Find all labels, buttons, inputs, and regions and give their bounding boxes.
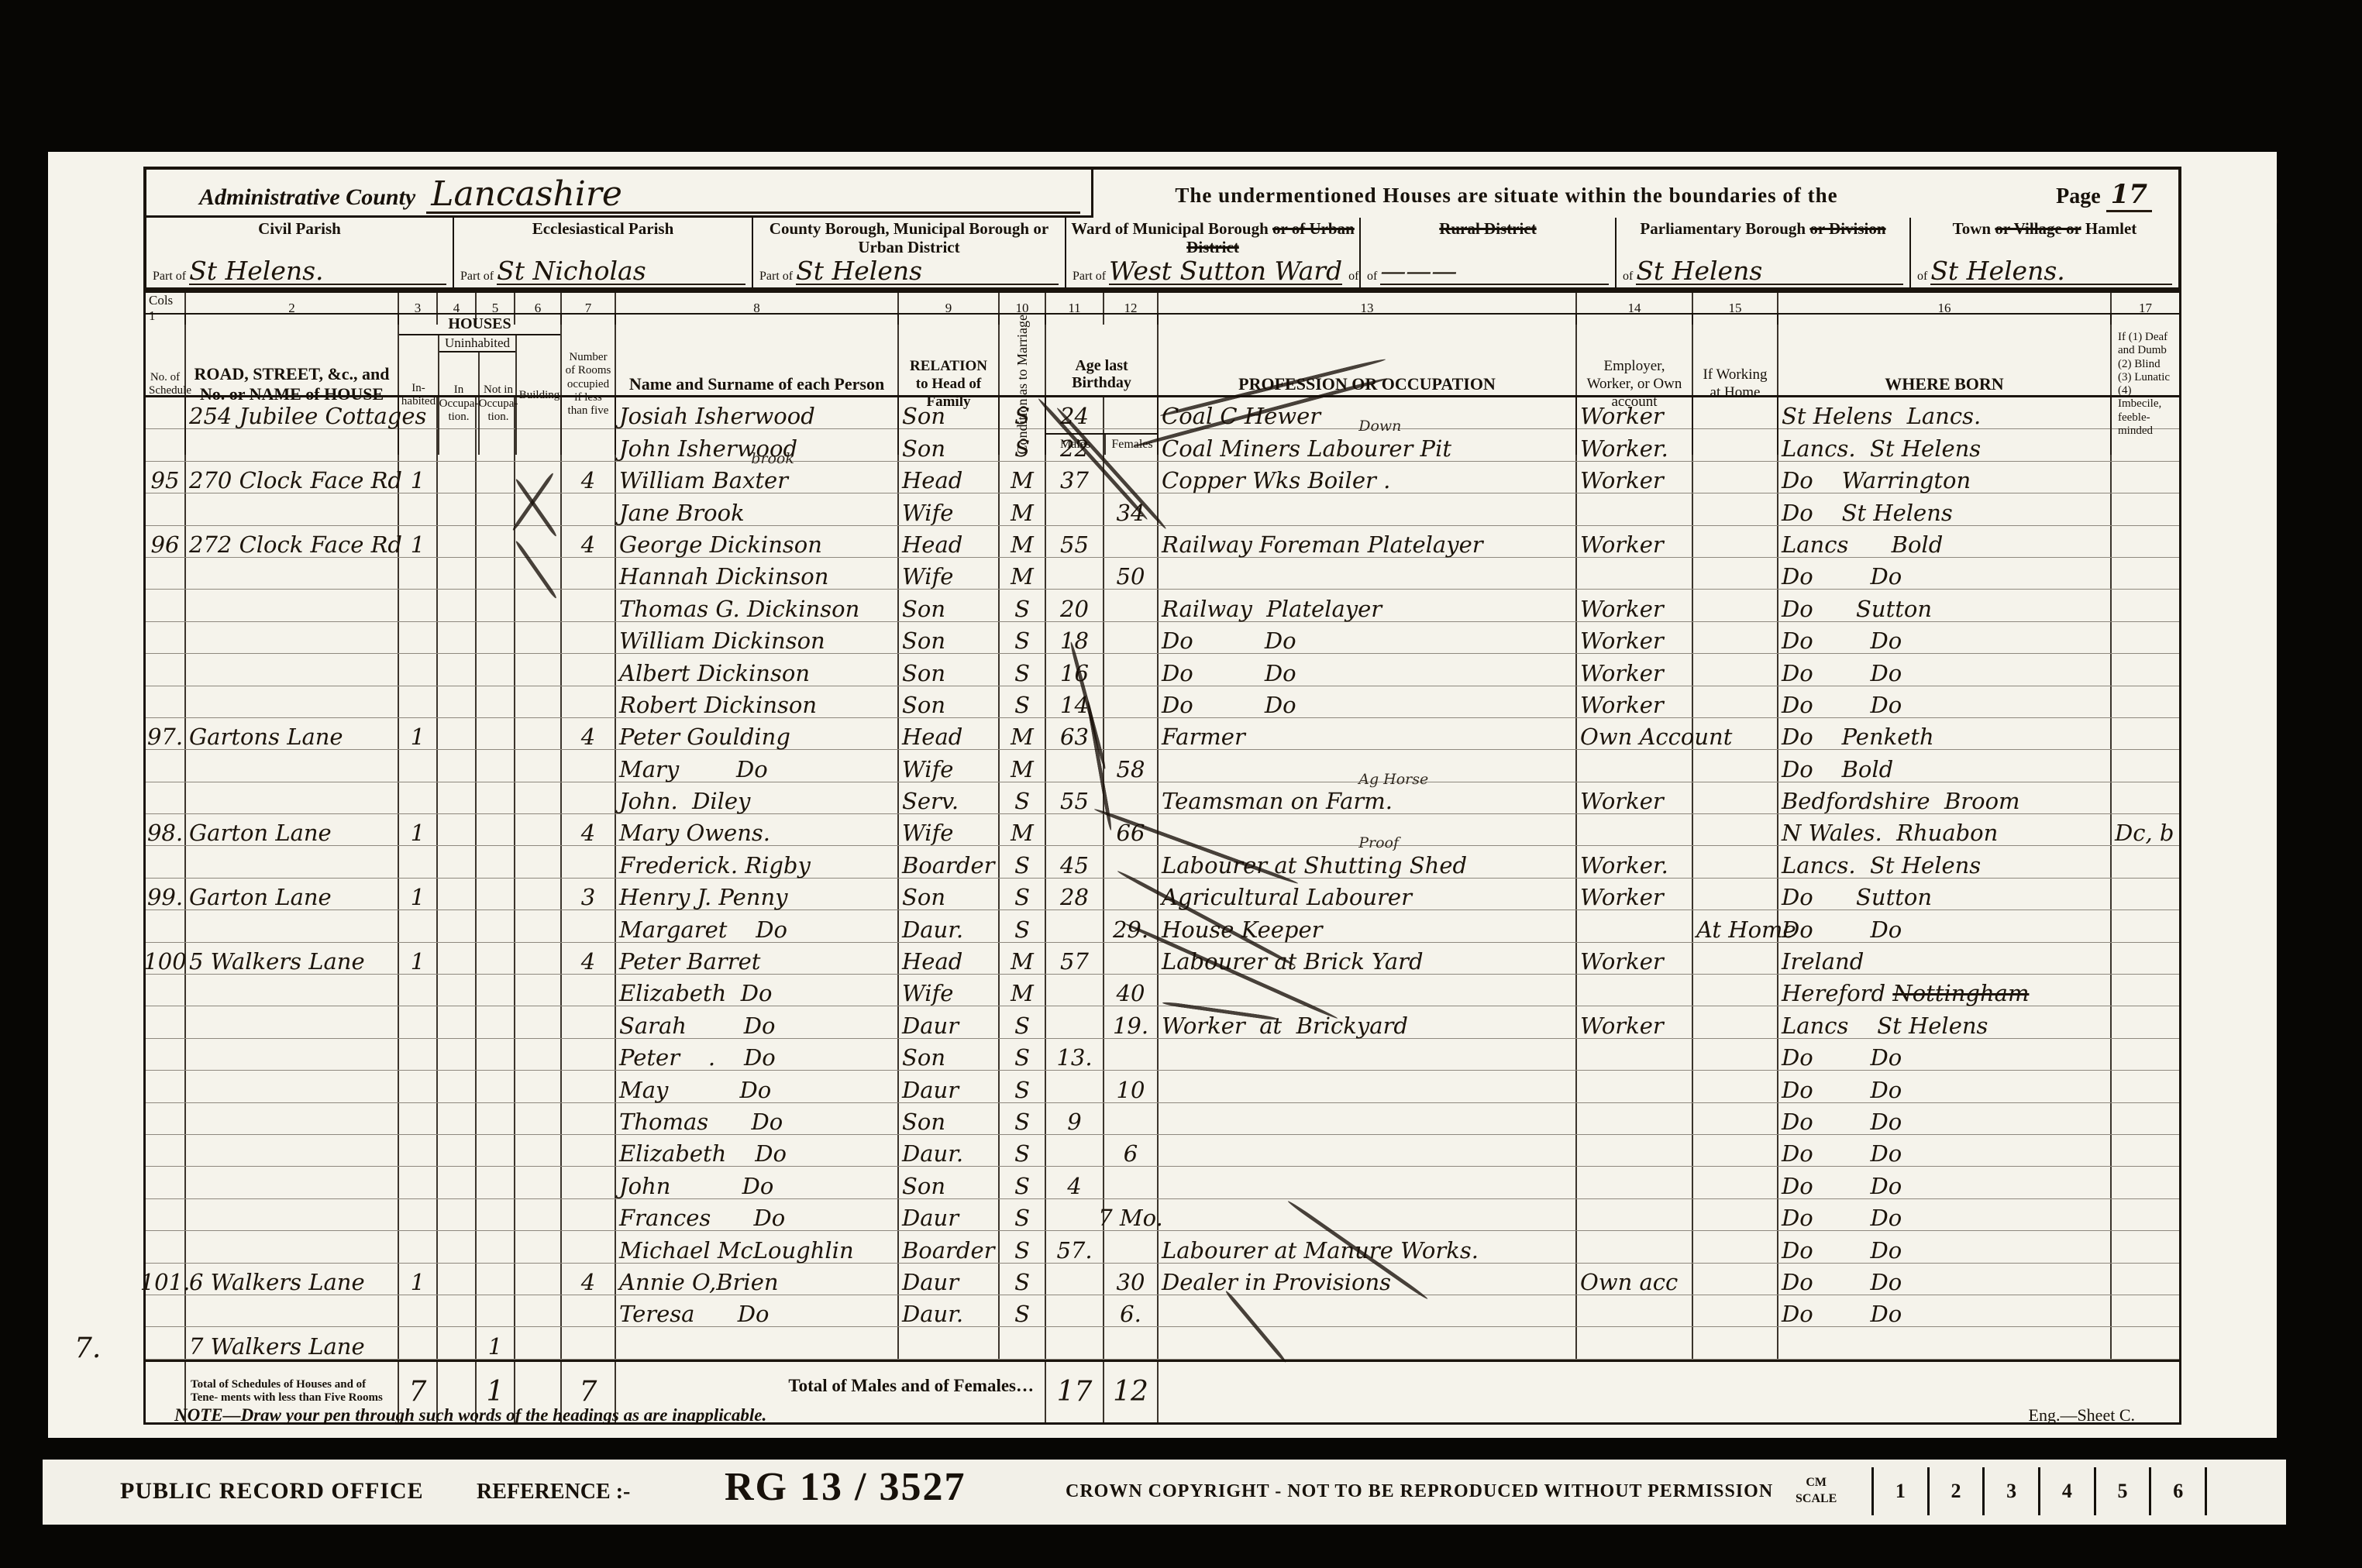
cell-rooms — [560, 1135, 615, 1166]
cell-schedule — [146, 1039, 184, 1070]
cell-uninhabited-in-occupation — [436, 718, 475, 749]
area-title: Ecclesiastical Parish — [459, 220, 747, 239]
cell-occupation — [1157, 1295, 1575, 1326]
cell-uninhabited-not-in-occupation — [475, 1135, 514, 1166]
pro-reference-band: PUBLIC RECORD OFFICE REFERENCE :- RG 13 … — [43, 1460, 2286, 1525]
record-row: Albert DickinsonSonS16Do DoWorkerDo Do — [146, 654, 2179, 686]
cell-where-born: Do Do — [1777, 1199, 2110, 1230]
cell-employer: Worker — [1575, 943, 1692, 974]
cell-where-born: Do Do — [1777, 1135, 2110, 1166]
column-numbers: Cols 1234567891011121314151617 — [146, 293, 2179, 315]
cell-relation: Head — [897, 718, 998, 749]
admin-county-value: Lancashire — [431, 174, 622, 214]
cell-occupation — [1157, 558, 1575, 589]
cell-address — [184, 1295, 398, 1326]
cell-age-female: 6 — [1103, 1135, 1157, 1166]
cell-occupation: Copper Wks Boiler . — [1157, 462, 1575, 493]
cell-relation: Serv. — [897, 782, 998, 813]
cell-condition: S — [998, 1103, 1045, 1134]
pro-reference-label: REFERENCE :- — [477, 1480, 630, 1504]
cell-age-female — [1103, 943, 1157, 974]
cell-infirmities — [2110, 526, 2179, 557]
cell-occupation: Do Do — [1157, 654, 1575, 685]
cell-schedule — [146, 1071, 184, 1102]
cell-relation: Son — [897, 590, 998, 621]
cell-where-born: Do Do — [1777, 1071, 2110, 1102]
cell-inhabited — [398, 654, 436, 685]
cell-condition: S — [998, 686, 1045, 717]
cell-employer: Worker — [1575, 526, 1692, 557]
record-row: 96272 Clock Face Rd14George DickinsonHea… — [146, 526, 2179, 558]
cell-rooms — [560, 782, 615, 813]
cell-working-at-home — [1692, 462, 1777, 493]
cell-occupation: ProofLabourer at Shutting Shed — [1157, 846, 1575, 877]
cell-age-male — [1045, 814, 1103, 845]
cell-rooms — [560, 558, 615, 589]
cell-rooms: 4 — [560, 943, 615, 974]
cell-name: Frances Do — [615, 1199, 897, 1230]
cell-infirmities — [2110, 975, 2179, 1006]
cell-working-at-home — [1692, 526, 1777, 557]
record-row: Jane BrookWifeM34Do St Helens — [146, 493, 2179, 525]
cell-name: Robert Dickinson — [615, 686, 897, 717]
cell-inhabited: 1 — [398, 718, 436, 749]
area-value: ofSt Helens. — [1917, 258, 2172, 285]
cell-age-female — [1103, 622, 1157, 653]
cell-employer: Worker — [1575, 879, 1692, 910]
cell-uninhabited-not-in-occupation — [475, 1071, 514, 1102]
cell-employer — [1575, 1199, 1692, 1230]
interlinear-note: Proof — [1358, 836, 1399, 851]
cell-working-at-home — [1692, 686, 1777, 717]
cell-age-male: 37 — [1045, 462, 1103, 493]
cell-infirmities — [2110, 910, 2179, 941]
cell-working-at-home — [1692, 1135, 1777, 1166]
cell-uninhabited-in-occupation — [436, 1295, 475, 1326]
cell-uninhabited-not-in-occupation — [475, 814, 514, 845]
cell-building — [514, 718, 560, 749]
area-title: County Borough, Municipal Borough or Urb… — [758, 220, 1060, 256]
cell-schedule: 99. — [146, 879, 184, 910]
cell-infirmities — [2110, 1071, 2179, 1102]
administrative-county-box: Administrative County Lancashire — [146, 170, 1093, 218]
cell-condition: M — [998, 943, 1045, 974]
cell-building — [514, 1327, 560, 1358]
cell-building — [514, 1264, 560, 1295]
cell-uninhabited-not-in-occupation — [475, 782, 514, 813]
cell-rooms: 4 — [560, 718, 615, 749]
cell-rooms: 4 — [560, 526, 615, 557]
cell-schedule: 97. — [146, 718, 184, 749]
cell-age-female: 19. — [1103, 1006, 1157, 1037]
cell-employer — [1575, 910, 1692, 941]
interlinear-note: brook — [751, 452, 794, 466]
cell-inhabited — [398, 429, 436, 460]
area-value: Part ofSt Helens. — [153, 258, 446, 285]
cell-uninhabited-not-in-occupation — [475, 1006, 514, 1037]
cell-uninhabited-in-occupation — [436, 910, 475, 941]
cell-rooms: 4 — [560, 1264, 615, 1295]
cell-occupation — [1157, 975, 1575, 1006]
cell-building — [514, 846, 560, 877]
cell-occupation: Agricultural Labourer — [1157, 879, 1575, 910]
cell-employer — [1575, 1167, 1692, 1198]
cell-condition: S — [998, 1071, 1045, 1102]
cell-age-female — [1103, 1327, 1157, 1358]
cell-uninhabited-in-occupation — [436, 654, 475, 685]
cell-age-male — [1045, 910, 1103, 941]
cell-relation: Boarder — [897, 846, 998, 877]
cell-relation: Head — [897, 943, 998, 974]
cell-address — [184, 1231, 398, 1262]
cell-age-female: 58 — [1103, 750, 1157, 781]
header-area: Civil ParishPart ofSt Helens. — [146, 218, 453, 287]
cell-name: Teresa Do — [615, 1295, 897, 1326]
cell-employer: Worker — [1575, 654, 1692, 685]
cell-age-female: 30 — [1103, 1264, 1157, 1295]
cell-rooms — [560, 429, 615, 460]
cell-age-male: 57 — [1045, 943, 1103, 974]
cell-age-female — [1103, 397, 1157, 428]
cell-age-male: 20 — [1045, 590, 1103, 621]
area-title: Town or Village or Hamlet — [1916, 220, 2174, 239]
cell-condition: S — [998, 1231, 1045, 1262]
cell-schedule — [146, 558, 184, 589]
cell-occupation: Do Do — [1157, 686, 1575, 717]
cell-building — [514, 686, 560, 717]
cell-schedule — [146, 1167, 184, 1198]
cell-relation: Wife — [897, 493, 998, 524]
cell-employer: Worker — [1575, 462, 1692, 493]
cell-uninhabited-in-occupation — [436, 814, 475, 845]
cell-rooms — [560, 686, 615, 717]
cell-uninhabited-in-occupation — [436, 1231, 475, 1262]
header-area: Parliamentary Borough or DivisionofSt He… — [1615, 218, 1909, 287]
cell-rooms: 4 — [560, 814, 615, 845]
cell-infirmities — [2110, 782, 2179, 813]
cell-condition: S — [998, 879, 1045, 910]
cell-inhabited — [398, 750, 436, 781]
record-row: Mary DoWifeM58Do Bold — [146, 750, 2179, 782]
cell-uninhabited-in-occupation — [436, 975, 475, 1006]
cell-uninhabited-not-in-occupation — [475, 718, 514, 749]
cell-building — [514, 397, 560, 428]
cell-uninhabited-not-in-occupation — [475, 1167, 514, 1198]
ruler-mark: 4 — [2038, 1467, 2094, 1515]
cell-where-born: Do Do — [1777, 622, 2110, 653]
cell-uninhabited-not-in-occupation — [475, 493, 514, 524]
cell-inhabited — [398, 397, 436, 428]
record-row: Hannah DickinsonWifeM50Do Do — [146, 558, 2179, 590]
cell-address — [184, 493, 398, 524]
cell-building — [514, 1231, 560, 1262]
cell-inhabited — [398, 1327, 436, 1358]
ruler-mark: 1 — [1871, 1467, 1927, 1515]
cell-schedule — [146, 1103, 184, 1134]
cell-name: William Dickinson — [615, 622, 897, 653]
cell-occupation: Railway Platelayer — [1157, 590, 1575, 621]
table-body: 254 Jubilee CottagesJosiah IsherwoodSonS… — [146, 397, 2179, 1360]
cell-age-female — [1103, 879, 1157, 910]
record-row: 97.Gartons Lane14Peter GouldingHeadM63Fa… — [146, 718, 2179, 750]
cell-uninhabited-in-occupation — [436, 397, 475, 428]
cell-working-at-home — [1692, 750, 1777, 781]
cell-age-male: 55 — [1045, 526, 1103, 557]
cell-inhabited — [398, 975, 436, 1006]
cell-building — [514, 1199, 560, 1230]
cell-address — [184, 654, 398, 685]
note-text: NOTE—Draw your pen through such words of… — [143, 1405, 766, 1425]
record-row: William DickinsonSonS18Do DoWorkerDo Do — [146, 622, 2179, 654]
cell-name: Thomas G. Dickinson — [615, 590, 897, 621]
cell-age-male: 14 — [1045, 686, 1103, 717]
cell-address — [184, 1103, 398, 1134]
cell-schedule — [146, 1295, 184, 1326]
cell-condition: S — [998, 590, 1045, 621]
scanned-census-page: { "page": {"label": "Page", "number": "1… — [0, 0, 2362, 1568]
cell-uninhabited-in-occupation — [436, 1071, 475, 1102]
cell-uninhabited-in-occupation — [436, 558, 475, 589]
cell-working-at-home: At Home — [1692, 910, 1777, 941]
cell-age-male — [1045, 1006, 1103, 1037]
cell-building — [514, 750, 560, 781]
admin-county-underline: Lancashire — [426, 177, 1080, 214]
header-houses: HOUSES — [399, 315, 560, 335]
cell-schedule — [146, 429, 184, 460]
cell-building — [514, 975, 560, 1006]
cell-uninhabited-not-in-occupation — [475, 1103, 514, 1134]
cell-working-at-home — [1692, 558, 1777, 589]
cell-uninhabited-not-in-occupation — [475, 1295, 514, 1326]
cell-infirmities — [2110, 493, 2179, 524]
cell-inhabited — [398, 1103, 436, 1134]
cell-building — [514, 879, 560, 910]
cell-name: Annie O,Brien — [615, 1264, 897, 1295]
cell-employer: Worker. — [1575, 846, 1692, 877]
cell-uninhabited-not-in-occupation — [475, 526, 514, 557]
cell-uninhabited-in-occupation — [436, 1039, 475, 1070]
cell-inhabited: 1 — [398, 943, 436, 974]
cell-name: Henry J. Penny — [615, 879, 897, 910]
cell-inhabited: 1 — [398, 879, 436, 910]
cell-rooms — [560, 1006, 615, 1037]
cell-inhabited: 1 — [398, 526, 436, 557]
cell-employer — [1575, 975, 1692, 1006]
cell-condition: M — [998, 718, 1045, 749]
cell-infirmities — [2110, 1264, 2179, 1295]
cell-age-male: 45 — [1045, 846, 1103, 877]
cell-occupation: Dealer in Provisions — [1157, 1264, 1575, 1295]
area-title: Civil Parish — [151, 220, 448, 239]
cell-name: Jane Brook — [615, 493, 897, 524]
cell-condition: S — [998, 1039, 1045, 1070]
cell-infirmities — [2110, 1167, 2179, 1198]
cell-where-born: Do Do — [1777, 558, 2110, 589]
cell-relation: Wife — [897, 750, 998, 781]
cell-employer: Worker. — [1575, 429, 1692, 460]
cell-occupation — [1157, 1167, 1575, 1198]
record-row: Teresa DoDaur.S6.Do Do — [146, 1295, 2179, 1327]
area-value: ofSt Helens — [1623, 258, 1903, 285]
cell-inhabited — [398, 558, 436, 589]
cell-infirmities — [2110, 1231, 2179, 1262]
cell-address: 6 Walkers Lane — [184, 1264, 398, 1295]
cell-schedule — [146, 493, 184, 524]
pro-office-label: PUBLIC RECORD OFFICE — [120, 1478, 424, 1504]
cell-age-male — [1045, 558, 1103, 589]
cell-occupation — [1157, 1135, 1575, 1166]
cell-condition: M — [998, 750, 1045, 781]
cell-uninhabited-in-occupation — [436, 493, 475, 524]
enumeration-table: Cols 1234567891011121314151617 No. of Sc… — [143, 291, 2181, 1425]
cell-uninhabited-in-occupation — [436, 1135, 475, 1166]
cell-occupation — [1157, 1103, 1575, 1134]
cell-working-at-home — [1692, 718, 1777, 749]
cell-working-at-home — [1692, 1006, 1777, 1037]
cell-building — [514, 782, 560, 813]
cell-employer — [1575, 1103, 1692, 1134]
cell-age-male — [1045, 1295, 1103, 1326]
cell-condition: S — [998, 429, 1045, 460]
cell-uninhabited-not-in-occupation — [475, 846, 514, 877]
cell-condition: M — [998, 975, 1045, 1006]
cell-working-at-home — [1692, 1071, 1777, 1102]
cell-infirmities — [2110, 1295, 2179, 1326]
cell-working-at-home — [1692, 814, 1777, 845]
cell-age-female — [1103, 1231, 1157, 1262]
cell-age-male: 4 — [1045, 1167, 1103, 1198]
cell-uninhabited-in-occupation — [436, 782, 475, 813]
cell-inhabited — [398, 1295, 436, 1326]
cell-inhabited — [398, 910, 436, 941]
cell-age-female — [1103, 526, 1157, 557]
area-value: Part ofSt Helens — [759, 258, 1059, 285]
cell-condition: S — [998, 654, 1045, 685]
cell-employer: Worker — [1575, 1006, 1692, 1037]
cell-rooms — [560, 654, 615, 685]
cell-inhabited — [398, 1167, 436, 1198]
cell-age-male — [1045, 493, 1103, 524]
cell-uninhabited-in-occupation — [436, 1103, 475, 1134]
cell-relation: Head — [897, 526, 998, 557]
cell-uninhabited-in-occupation — [436, 429, 475, 460]
cell-infirmities — [2110, 1327, 2179, 1358]
cell-uninhabited-in-occupation — [436, 1167, 475, 1198]
cell-address: 270 Clock Face Rd — [184, 462, 398, 493]
cell-inhabited — [398, 1006, 436, 1037]
cell-where-born: Do Do — [1777, 910, 2110, 941]
page-number-value: 17 — [2106, 179, 2152, 212]
cell-schedule — [146, 1327, 184, 1358]
cell-name: Albert Dickinson — [615, 654, 897, 685]
cell-name: Mary Do — [615, 750, 897, 781]
cell-rooms — [560, 846, 615, 877]
cell-uninhabited-in-occupation — [436, 1264, 475, 1295]
cell-working-at-home — [1692, 590, 1777, 621]
cell-working-at-home — [1692, 429, 1777, 460]
cell-relation: Son — [897, 879, 998, 910]
cell-age-female — [1103, 782, 1157, 813]
cell-where-born: Hereford Nottingham — [1777, 975, 2110, 1006]
cell-age-female: 7 Mo. — [1103, 1199, 1157, 1230]
cell-name: Peter Goulding — [615, 718, 897, 749]
cell-condition: S — [998, 622, 1045, 653]
table-header-row: No. of Schedule ROAD, STREET, &c., and N… — [146, 315, 2179, 397]
cell-uninhabited-not-in-occupation — [475, 558, 514, 589]
area-title: Rural District — [1365, 220, 1610, 239]
cell-working-at-home — [1692, 1327, 1777, 1358]
cell-condition: S — [998, 1264, 1045, 1295]
cell-where-born: Do St Helens — [1777, 493, 2110, 524]
cell-working-at-home — [1692, 1264, 1777, 1295]
cell-inhabited — [398, 590, 436, 621]
cell-relation: Son — [897, 1167, 998, 1198]
cell-infirmities — [2110, 1006, 2179, 1037]
cell-inhabited — [398, 1135, 436, 1166]
cell-condition: M — [998, 493, 1045, 524]
cell-relation: Wife — [897, 975, 998, 1006]
cell-building — [514, 1295, 560, 1326]
cell-employer: Worker — [1575, 397, 1692, 428]
cell-infirmities — [2110, 622, 2179, 653]
cell-working-at-home — [1692, 975, 1777, 1006]
cell-address — [184, 846, 398, 877]
admin-county-label: Administrative County — [199, 184, 415, 214]
cell-working-at-home — [1692, 622, 1777, 653]
cell-inhabited: 1 — [398, 462, 436, 493]
cell-where-born: Do Sutton — [1777, 590, 2110, 621]
cell-where-born: St Helens Lancs. — [1777, 397, 2110, 428]
cell-name: John. Diley — [615, 782, 897, 813]
cell-working-at-home — [1692, 1295, 1777, 1326]
cell-name: Hannah Dickinson — [615, 558, 897, 589]
cell-age-female: 50 — [1103, 558, 1157, 589]
interlinear-note: Down — [1358, 419, 1401, 434]
cell-where-born — [1777, 1327, 2110, 1358]
cell-rooms — [560, 910, 615, 941]
area-value: Part ofWest Sutton Wardof — [1073, 258, 1353, 285]
cell-rooms — [560, 1231, 615, 1262]
area-row: Civil ParishPart ofSt Helens.Ecclesiasti… — [146, 218, 2178, 287]
cell-infirmities — [2110, 429, 2179, 460]
cell-age-male: 57. — [1045, 1231, 1103, 1262]
cell-building — [514, 654, 560, 685]
pro-reference-value: RG 13 / 3527 — [725, 1464, 966, 1510]
cell-working-at-home — [1692, 782, 1777, 813]
cell-inhabited — [398, 1231, 436, 1262]
cell-schedule — [146, 622, 184, 653]
area-value: of——— — [1367, 258, 1609, 285]
cell-address: 254 Jubilee Cottages — [184, 397, 398, 428]
cell-working-at-home — [1692, 846, 1777, 877]
cell-relation: Son — [897, 1103, 998, 1134]
record-row: Robert DickinsonSonS14Do DoWorkerDo Do — [146, 686, 2179, 718]
cell-address: Garton Lane — [184, 879, 398, 910]
ruler-mark: 5 — [2094, 1467, 2150, 1515]
footnote-row: NOTE—Draw your pen through such words of… — [143, 1405, 2181, 1425]
cell-name: Peter . Do — [615, 1039, 897, 1070]
cell-name: brookWilliam Baxter — [615, 462, 897, 493]
cell-relation: Daur — [897, 1199, 998, 1230]
cell-condition: S — [998, 1199, 1045, 1230]
cell-working-at-home — [1692, 1103, 1777, 1134]
cell-address — [184, 429, 398, 460]
cell-name — [615, 1327, 897, 1358]
cell-address — [184, 910, 398, 941]
cell-building — [514, 1167, 560, 1198]
cell-where-born: N Wales. Rhuabon — [1777, 814, 2110, 845]
area-value: Part ofSt Nicholas — [460, 258, 745, 285]
